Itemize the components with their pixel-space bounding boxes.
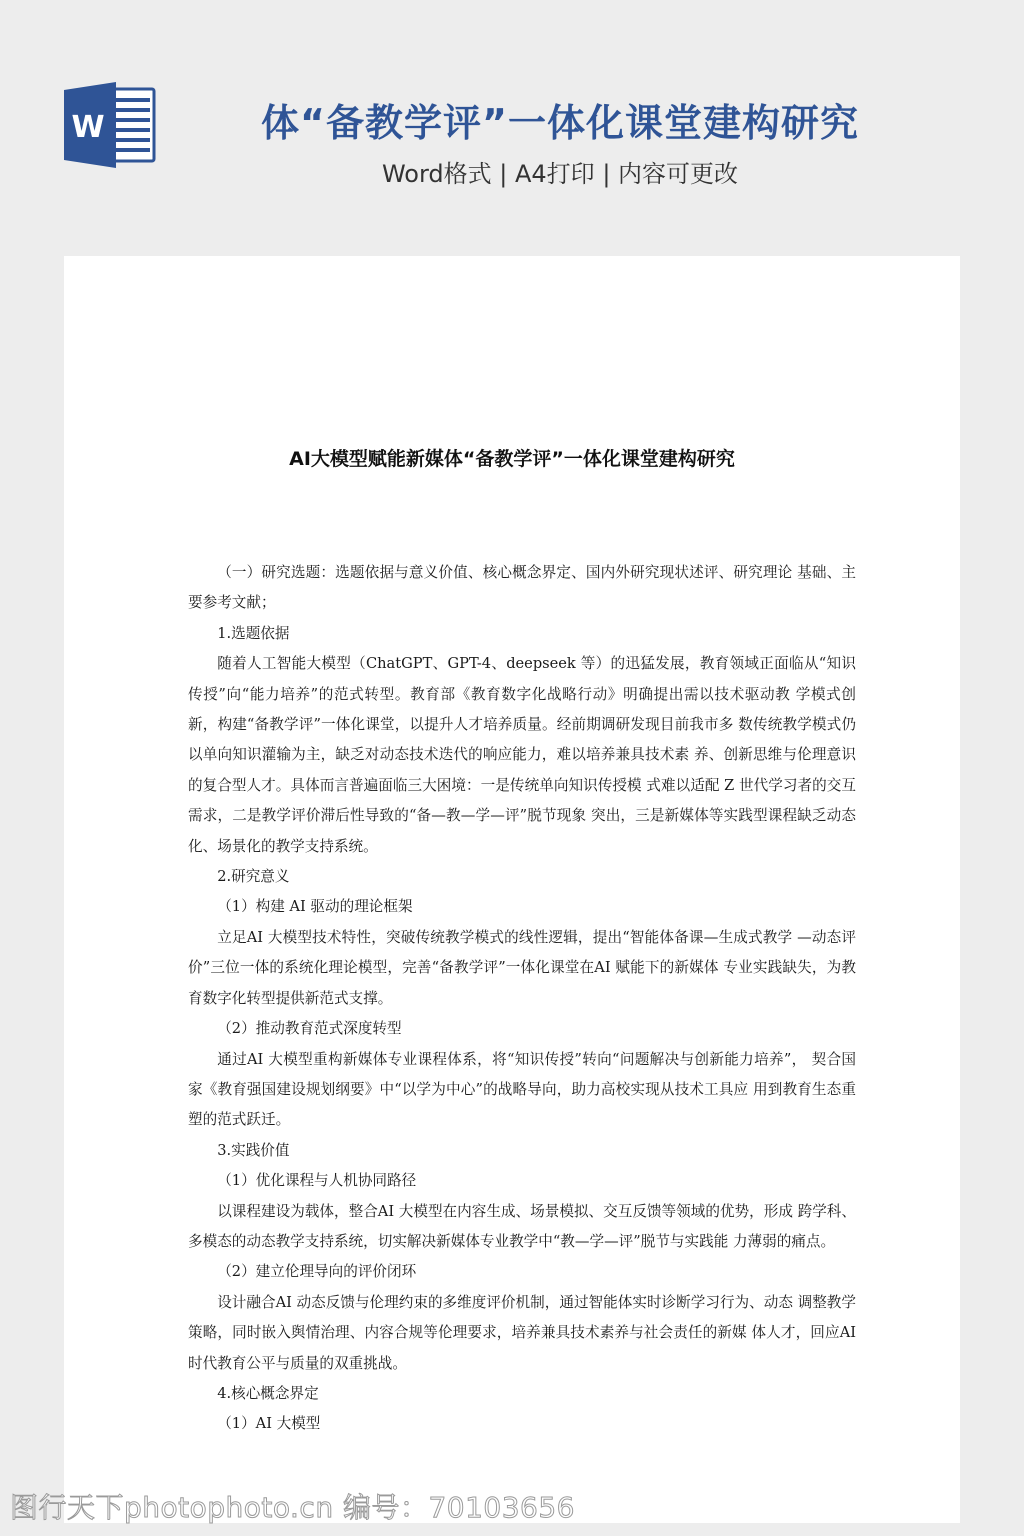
paragraph-body: 立足AI 大模型技术特性，突破传统教学模式的线性逻辑，提出“智能体备课—生成式教… (188, 923, 856, 1014)
paragraph-heading: 4.核心概念界定 (188, 1379, 856, 1409)
paragraph-heading: 1.选题依据 (188, 619, 856, 649)
paragraph-heading: 2.研究意义 (188, 862, 856, 892)
paragraph-subheading: （1）AI 大模型 (188, 1409, 856, 1439)
document-body: （一）研究选题：选题依据与意义价值、核心概念界定、国内外研究现状述评、研究理论 … (188, 558, 856, 1440)
paragraph-section-heading: （一）研究选题：选题依据与意义价值、核心概念界定、国内外研究现状述评、研究理论 … (188, 558, 856, 619)
document-title: AI大模型赋能新媒体“备教学评”一体化课堂建构研究 (64, 444, 960, 471)
paragraph-body: 以课程建设为载体，整合AI 大模型在内容生成、场景模拟、交互反馈等领域的优势，形… (188, 1197, 856, 1258)
paragraph-subheading: （1）构建 AI 驱动的理论框架 (188, 892, 856, 922)
paragraph-heading: 3.实践价值 (188, 1136, 856, 1166)
watermark: 图行天下photophoto.cn 编号：70103656 (10, 1486, 575, 1526)
banner-title: 体“备教学评”一体化课堂建构研究 (200, 92, 920, 147)
paragraph-body: 通过AI 大模型重构新媒体专业课程体系，将“知识传授”转向“问题解决与创新能力培… (188, 1045, 856, 1136)
banner-header: W 体“备教学评”一体化课堂建构研究 Word格式 | A4打印 | 内容可更改 (0, 0, 1024, 256)
paragraph-subheading: （2）推动教育范式深度转型 (188, 1014, 856, 1044)
word-document-icon: W (64, 82, 158, 168)
svg-text:W: W (71, 110, 104, 145)
paragraph-subheading: （1）优化课程与人机协同路径 (188, 1166, 856, 1196)
banner-subtitle: Word格式 | A4打印 | 内容可更改 (200, 154, 920, 189)
paragraph-body: 设计融合AI 动态反馈与伦理约束的多维度评价机制，通过智能体实时诊断学习行为、动… (188, 1288, 856, 1379)
paragraph-subheading: （2）建立伦理导向的评价闭环 (188, 1257, 856, 1287)
paragraph-body: 随着人工智能大模型（ChatGPT、GPT-4、deepseek 等）的迅猛发展… (188, 649, 856, 862)
document-page: AI大模型赋能新媒体“备教学评”一体化课堂建构研究 （一）研究选题：选题依据与意… (64, 256, 960, 1523)
